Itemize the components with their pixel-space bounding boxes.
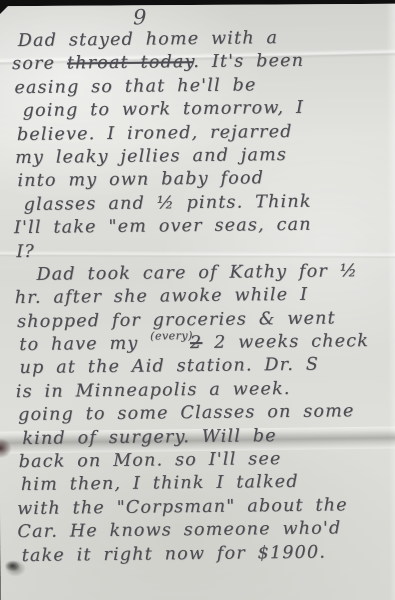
text-segment: him then, I think I talked — [21, 472, 299, 495]
text-segment: going to some Classes on some — [18, 402, 355, 426]
text-segment: to have my — [19, 334, 150, 355]
text-segment: glasses and ½ pints. Think — [24, 191, 312, 214]
text-segment: Car. He knows someone who'd — [17, 519, 341, 543]
handwritten-line: take it right now for $1900. — [22, 541, 395, 569]
text-segment: my leaky jellies and jams — [15, 145, 287, 168]
text-segment: easing so that he'll be — [14, 75, 256, 98]
text-segment: is in Minneapolis a week. — [16, 379, 291, 402]
letter-photo: 9 Dad stayed home with asore throat toda… — [0, 0, 395, 600]
text-segment: 2 weeks check — [202, 331, 369, 353]
text-segment: into my own baby food — [17, 169, 264, 192]
text-segment: with the "Corpsman" about the — [17, 495, 348, 519]
text-segment: Dad stayed home with a — [18, 28, 278, 51]
text-segment: kind of surgery. Will be — [22, 426, 277, 449]
letter-body: Dad stayed home with asore throat today.… — [4, 27, 395, 569]
text-segment: up at the Aid station. Dr. S — [19, 355, 319, 378]
text-segment: believe. I ironed, rejarred — [17, 122, 293, 145]
text-segment: Dad took care of Kathy for ½ — [36, 261, 358, 285]
text-segment: shopped for groceries & went — [17, 308, 336, 332]
page-number: 9 — [133, 5, 147, 29]
strikethrough-text: throat today — [67, 52, 194, 73]
text-segment: back on Mon. so I'll see — [19, 449, 282, 472]
text-segment: I'll take "em over seas, can — [14, 215, 312, 238]
text-segment: . It's been — [193, 51, 304, 72]
text-segment: going to work tomorrow, I — [23, 98, 305, 121]
paper-page: 9 Dad stayed home with asore throat toda… — [0, 4, 395, 600]
text-segment: take it right now for $1900. — [22, 542, 327, 565]
text-segment: hr. after she awoke while I — [15, 285, 309, 308]
inserted-text: (every) — [150, 329, 193, 342]
text-segment: sore — [12, 54, 67, 75]
text-segment: I? — [16, 241, 35, 261]
